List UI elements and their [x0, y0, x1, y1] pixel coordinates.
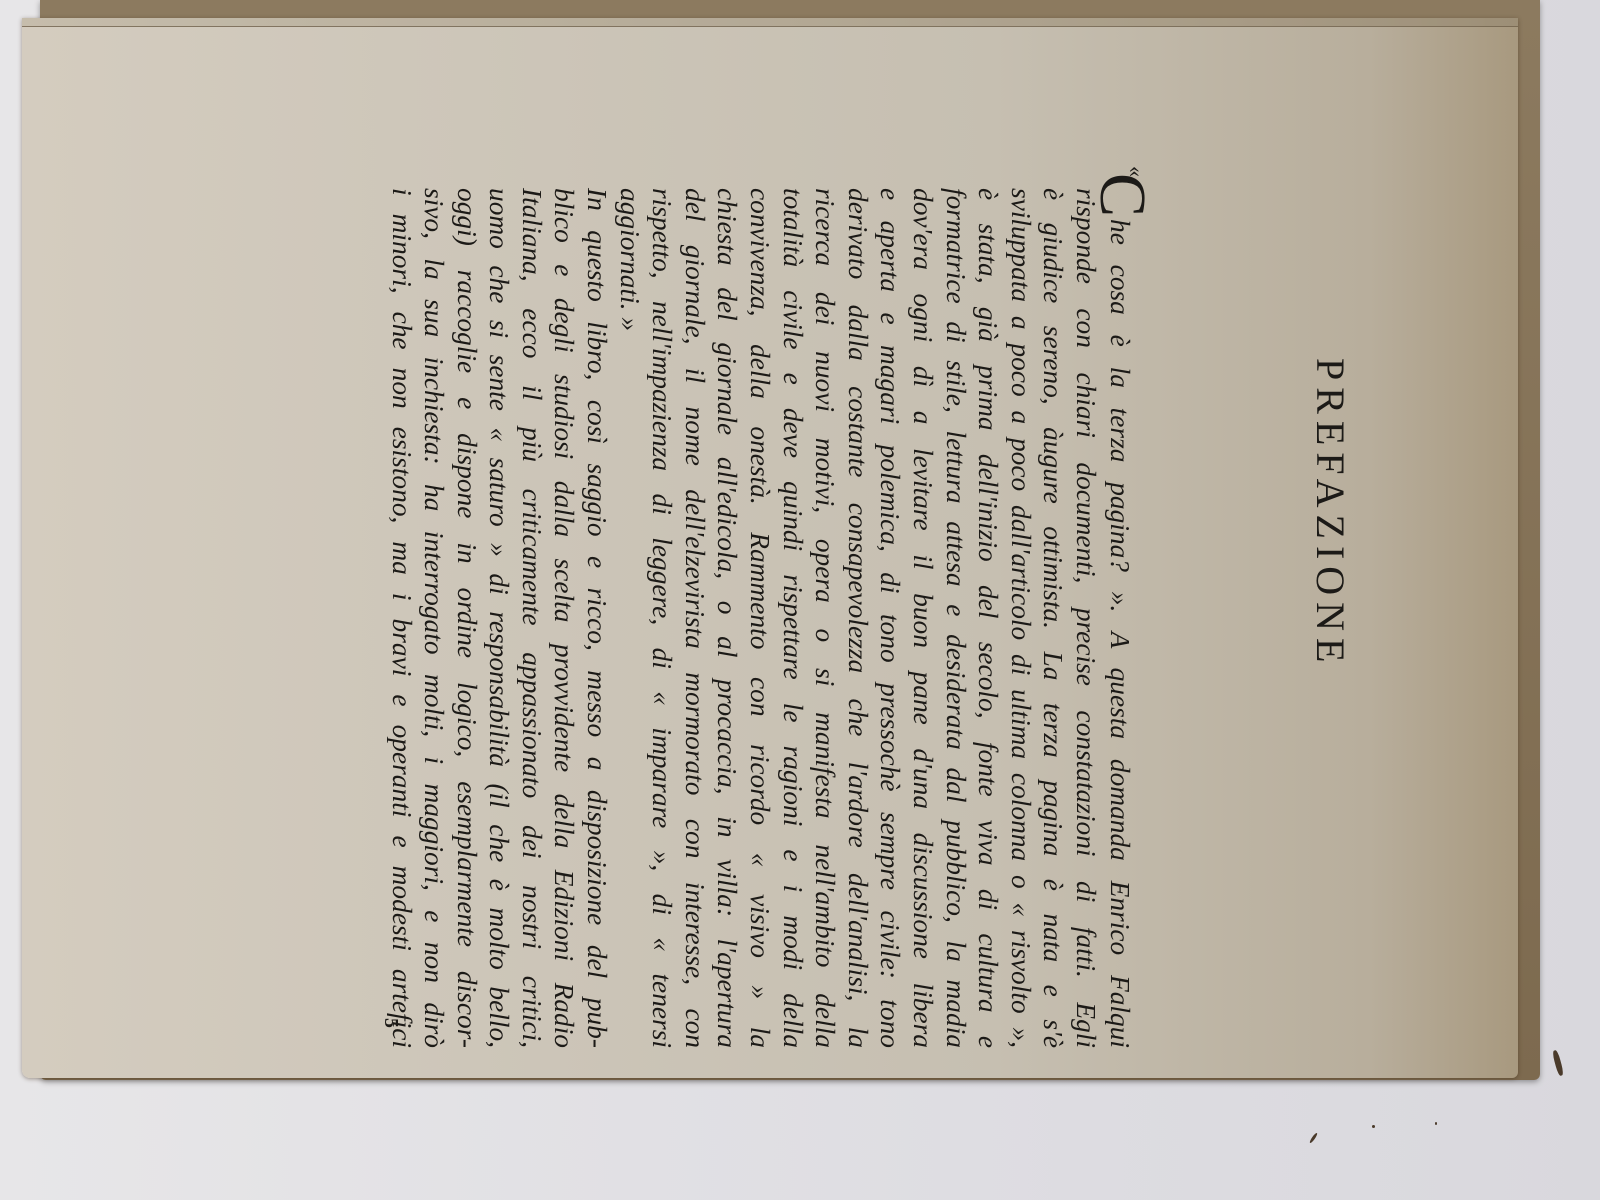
text-line: totalità civile e deve quindi rispettare… [776, 188, 809, 1048]
text-line: risponde con chiari documenti, precise c… [1069, 188, 1102, 1048]
text-line: sviluppata a poco a poco dall'articolo d… [1004, 188, 1037, 1048]
text-line: formatrice di stile, lettura attesa e de… [939, 188, 972, 1048]
dust-speck [1372, 1125, 1375, 1128]
text-line: rispetto, nell'impazienza di leggere, di… [646, 188, 679, 1048]
page-number: 5 [379, 1018, 402, 1028]
rotated-page-content: PREFAZIONE «Che cosa è la terza pagina? … [242, 188, 1402, 1068]
text-line: è stata, già prima dell'inizio del secol… [972, 188, 1005, 1048]
text-line: i minori, che non esistono, ma i bravi e… [385, 188, 418, 1048]
text-line: sivo, la sua inchiesta: ha interrogato m… [418, 188, 451, 1048]
preface-body: «Che cosa è la terza pagina? ». A questa… [385, 188, 1152, 1048]
text-line: In questo libro, così saggio e ricco, me… [581, 188, 614, 1048]
text-line: oggi) raccoglie e dispone in ordine logi… [450, 188, 483, 1048]
page-fold-edge [22, 18, 1518, 27]
text-line: ricerca dei nuovi motivi, opera o si man… [809, 188, 842, 1048]
text-line: è giudice sereno, àugure ottimista. La t… [1037, 188, 1070, 1048]
page-title: PREFAZIONE [1307, 358, 1354, 669]
text-line: derivato dalla costante consapevolezza c… [841, 188, 874, 1048]
text-line: aggiornati. » [613, 188, 646, 1048]
text-line: del giornale, il nome dell'elzevirista m… [678, 188, 711, 1048]
text-line: dov'era ogni dì a levitare il buon pane … [906, 188, 939, 1048]
text-line-1: «Che cosa è la terza pagina? ». A questa… [1102, 188, 1152, 1048]
text-line: uomo che si sente « saturo » di responsa… [483, 188, 516, 1048]
dust-speck [1435, 1122, 1437, 1125]
text-line: Italiana, ecco il più criticamente appas… [515, 188, 548, 1048]
text-line: e aperta e magari polemica, di tono pres… [874, 188, 907, 1048]
text-line: chiesta del giornale all'edicola, o al p… [711, 188, 744, 1048]
text-line: convivenza, della onestà. Rammento con r… [743, 188, 776, 1048]
text-line: blico e degli studiosi dalla scelta prov… [548, 188, 581, 1048]
book-page: PREFAZIONE «Che cosa è la terza pagina? … [22, 18, 1518, 1078]
